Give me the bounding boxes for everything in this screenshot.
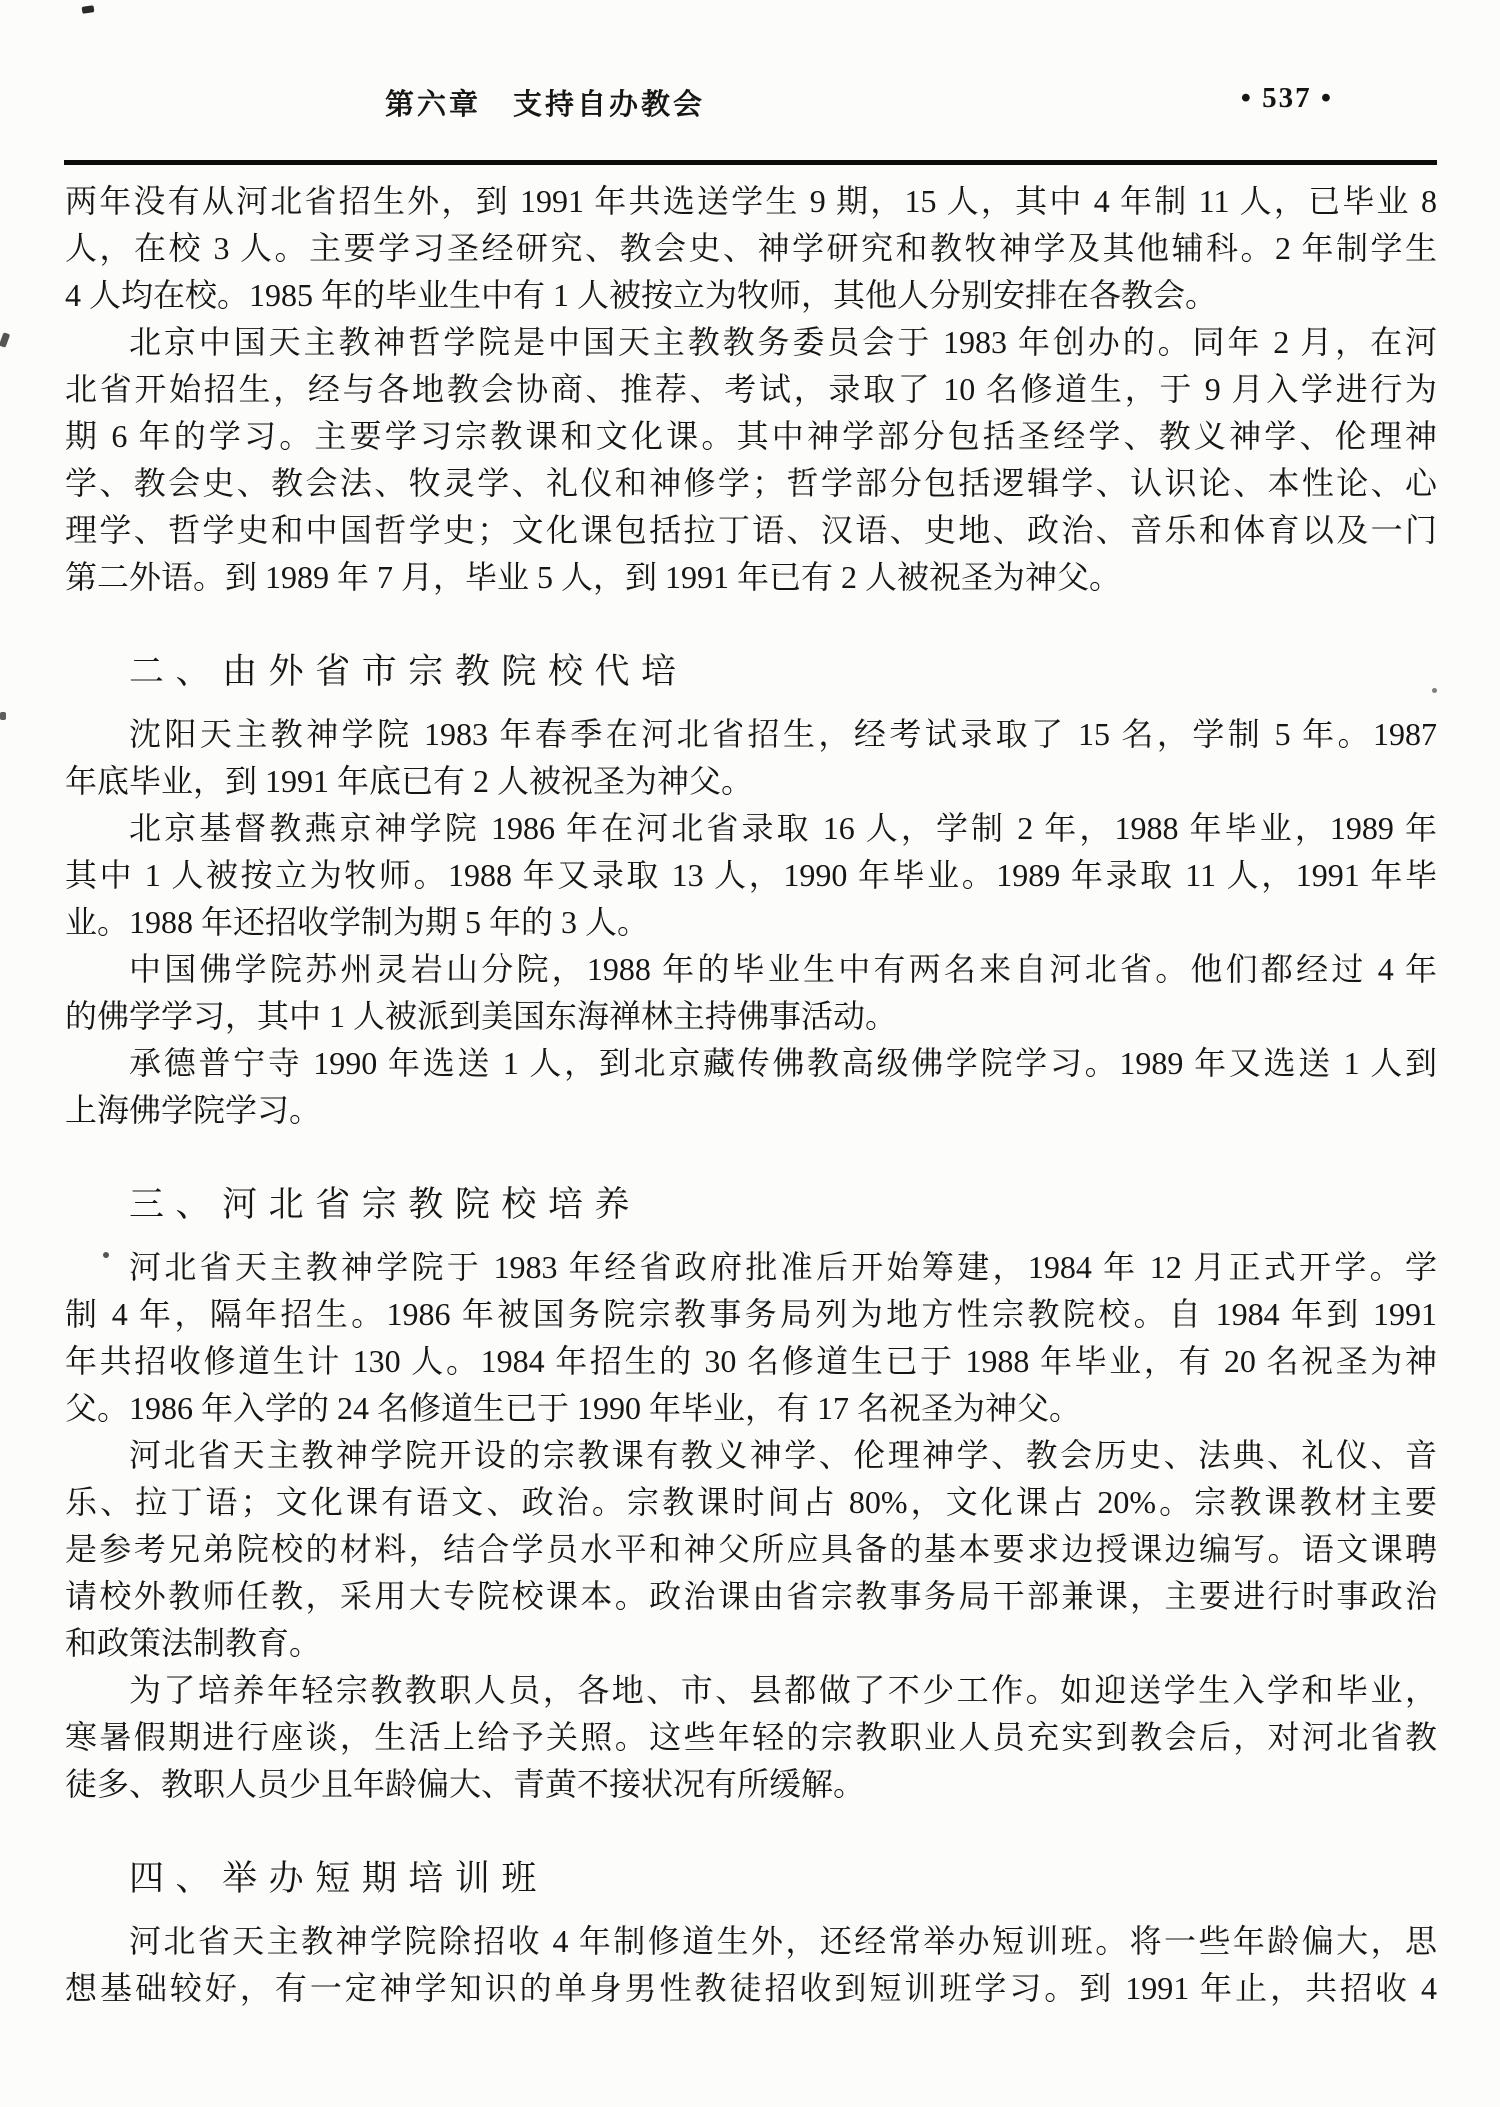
text-line: 北京中国天主教神哲学院是中国天主教教务委员会于 1983 年创办的。同年 2 月… — [65, 319, 1437, 366]
scan-artifact — [0, 332, 10, 348]
text-line: 第二外语。到 1989 年 7 月，毕业 5 人，到 1991 年已有 2 人被… — [65, 554, 1437, 601]
scan-artifact — [82, 5, 95, 14]
text-line: 两年没有从河北省招生外，到 1991 年共选送学生 9 期，15 人，其中 4 … — [65, 178, 1437, 225]
text-line: 学、教会史、教会法、牧灵学、礼仪和神修学；哲学部分包括逻辑学、认识论、本性论、心 — [65, 460, 1437, 507]
text-line: 想基础较好，有一定神学知识的单身男性教徒招收到短训班学习。到 1991 年止，共… — [65, 1965, 1437, 2012]
text-line: 期 6 年的学习。主要学习宗教课和文化课。其中神学部分包括圣经学、教义神学、伦理… — [65, 413, 1437, 460]
paragraph: 北京中国天主教神哲学院是中国天主教教务委员会于 1983 年创办的。同年 2 月… — [65, 319, 1437, 601]
paragraph: 中国佛学院苏州灵岩山分院，1988 年的毕业生中有两名来自河北省。他们都经过 4… — [65, 946, 1437, 1040]
header-divider-rule — [64, 160, 1437, 165]
paragraph: 承德普宁寺 1990 年选送 1 人，到北京藏传佛教高级佛学院学习。1989 年… — [65, 1040, 1437, 1134]
text-line: 年底毕业，到 1991 年底已有 2 人被祝圣为神父。 — [65, 758, 1437, 805]
text-line: 制 4 年，隔年招生。1986 年被国务院宗教事务局列为地方性宗教院校。自 19… — [65, 1291, 1437, 1338]
text-line: 上海佛学院学习。 — [65, 1087, 1437, 1134]
page-header: 第六章 支持自办教会 • 537 • — [0, 82, 1500, 118]
text-line: 北京基督教燕京神学院 1986 年在河北省录取 16 人，学制 2 年，1988… — [65, 805, 1437, 852]
text-line: 河北省天主教神学院开设的宗教课有教义神学、伦理神学、教会历史、法典、礼仪、音 — [65, 1432, 1437, 1479]
text-line: 乐、拉丁语；文化课有语文、政治。宗教课时间占 80%，文化课占 20%。宗教课教… — [65, 1479, 1437, 1526]
text-line: 寒暑假期进行座谈，生活上给予关照。这些年轻的宗教职业人员充实到教会后，对河北省教 — [65, 1714, 1437, 1761]
paragraph: 沈阳天主教神学院 1983 年春季在河北省招生，经考试录取了 15 名，学制 5… — [65, 711, 1437, 805]
text-line: 年共招收修道生计 130 人。1984 年招生的 30 名修道生已于 1988 … — [65, 1338, 1437, 1385]
paragraph: 河北省天主教神学院于 1983 年经省政府批准后开始筹建，1984 年 12 月… — [65, 1244, 1437, 1432]
text-line: 承德普宁寺 1990 年选送 1 人，到北京藏传佛教高级佛学院学习。1989 年… — [65, 1040, 1437, 1087]
text-line: 为了培养年轻宗教教职人员，各地、市、县都做了不少工作。如迎送学生入学和毕业， — [65, 1667, 1437, 1714]
section-heading: 二、由外省市宗教院校代培 — [129, 647, 1437, 697]
text-line: 的佛学学习，其中 1 人被派到美国东海禅林主持佛事活动。 — [65, 993, 1437, 1040]
body-text: 两年没有从河北省招生外，到 1991 年共选送学生 9 期，15 人，其中 4 … — [65, 178, 1437, 2012]
section-heading: 三、河北省宗教院校培养 — [129, 1180, 1437, 1230]
text-line: 理学、哲学史和中国哲学史；文化课包括拉丁语、汉语、史地、政治、音乐和体育以及一门 — [65, 507, 1437, 554]
text-line: 是参考兄弟院校的材料，结合学员水平和神父所应具备的基本要求边授课边编写。语文课聘 — [65, 1526, 1437, 1573]
text-line: 父。1986 年入学的 24 名修道生已于 1990 年毕业，有 17 名祝圣为… — [65, 1385, 1437, 1432]
page-number: • 537 • — [1241, 82, 1333, 115]
text-line: 请校外教师任教，采用大专院校课本。政治课由省宗教事务局干部兼课，主要进行时事政治 — [65, 1573, 1437, 1620]
text-line: 4 人均在校。1985 年的毕业生中有 1 人被按立为牧师，其他人分别安排在各教… — [65, 272, 1437, 319]
text-line: 中国佛学院苏州灵岩山分院，1988 年的毕业生中有两名来自河北省。他们都经过 4… — [65, 946, 1437, 993]
text-line: 业。1988 年还招收学制为期 5 年的 3 人。 — [65, 899, 1437, 946]
scan-artifact — [0, 712, 6, 720]
text-line: 河北省天主教神学院除招收 4 年制修道生外，还经常举办短训班。将一些年龄偏大，思 — [65, 1918, 1437, 1965]
paragraph: 河北省天主教神学院开设的宗教课有教义神学、伦理神学、教会历史、法典、礼仪、音乐、… — [65, 1432, 1437, 1667]
text-line: 其中 1 人被按立为牧师。1988 年又录取 13 人，1990 年毕业。198… — [65, 852, 1437, 899]
text-line: 北省开始招生，经与各地教会协商、推荐、考试，录取了 10 名修道生，于 9 月入… — [65, 366, 1437, 413]
chapter-title: 第六章 支持自办教会 — [385, 82, 705, 123]
section-heading: 四、举办短期培训班 — [129, 1854, 1437, 1904]
scan-artifact — [103, 1252, 109, 1258]
text-line: 河北省天主教神学院于 1983 年经省政府批准后开始筹建，1984 年 12 月… — [65, 1244, 1437, 1291]
paragraph: 北京基督教燕京神学院 1986 年在河北省录取 16 人，学制 2 年，1988… — [65, 805, 1437, 946]
text-line: 和政策法制教育。 — [65, 1620, 1437, 1667]
text-line: 人，在校 3 人。主要学习圣经研究、教会史、神学研究和教牧神学及其他辅科。2 年… — [65, 225, 1437, 272]
scan-artifact — [1432, 688, 1437, 693]
text-line: 徒多、教职人员少且年龄偏大、青黄不接状况有所缓解。 — [65, 1761, 1437, 1808]
text-line: 沈阳天主教神学院 1983 年春季在河北省招生，经考试录取了 15 名，学制 5… — [65, 711, 1437, 758]
scanned-book-page: 第六章 支持自办教会 • 537 • 两年没有从河北省招生外，到 1991 年共… — [0, 0, 1500, 2107]
paragraph: 河北省天主教神学院除招收 4 年制修道生外，还经常举办短训班。将一些年龄偏大，思… — [65, 1918, 1437, 2012]
paragraph: 为了培养年轻宗教教职人员，各地、市、县都做了不少工作。如迎送学生入学和毕业，寒暑… — [65, 1667, 1437, 1808]
paragraph: 两年没有从河北省招生外，到 1991 年共选送学生 9 期，15 人，其中 4 … — [65, 178, 1437, 319]
